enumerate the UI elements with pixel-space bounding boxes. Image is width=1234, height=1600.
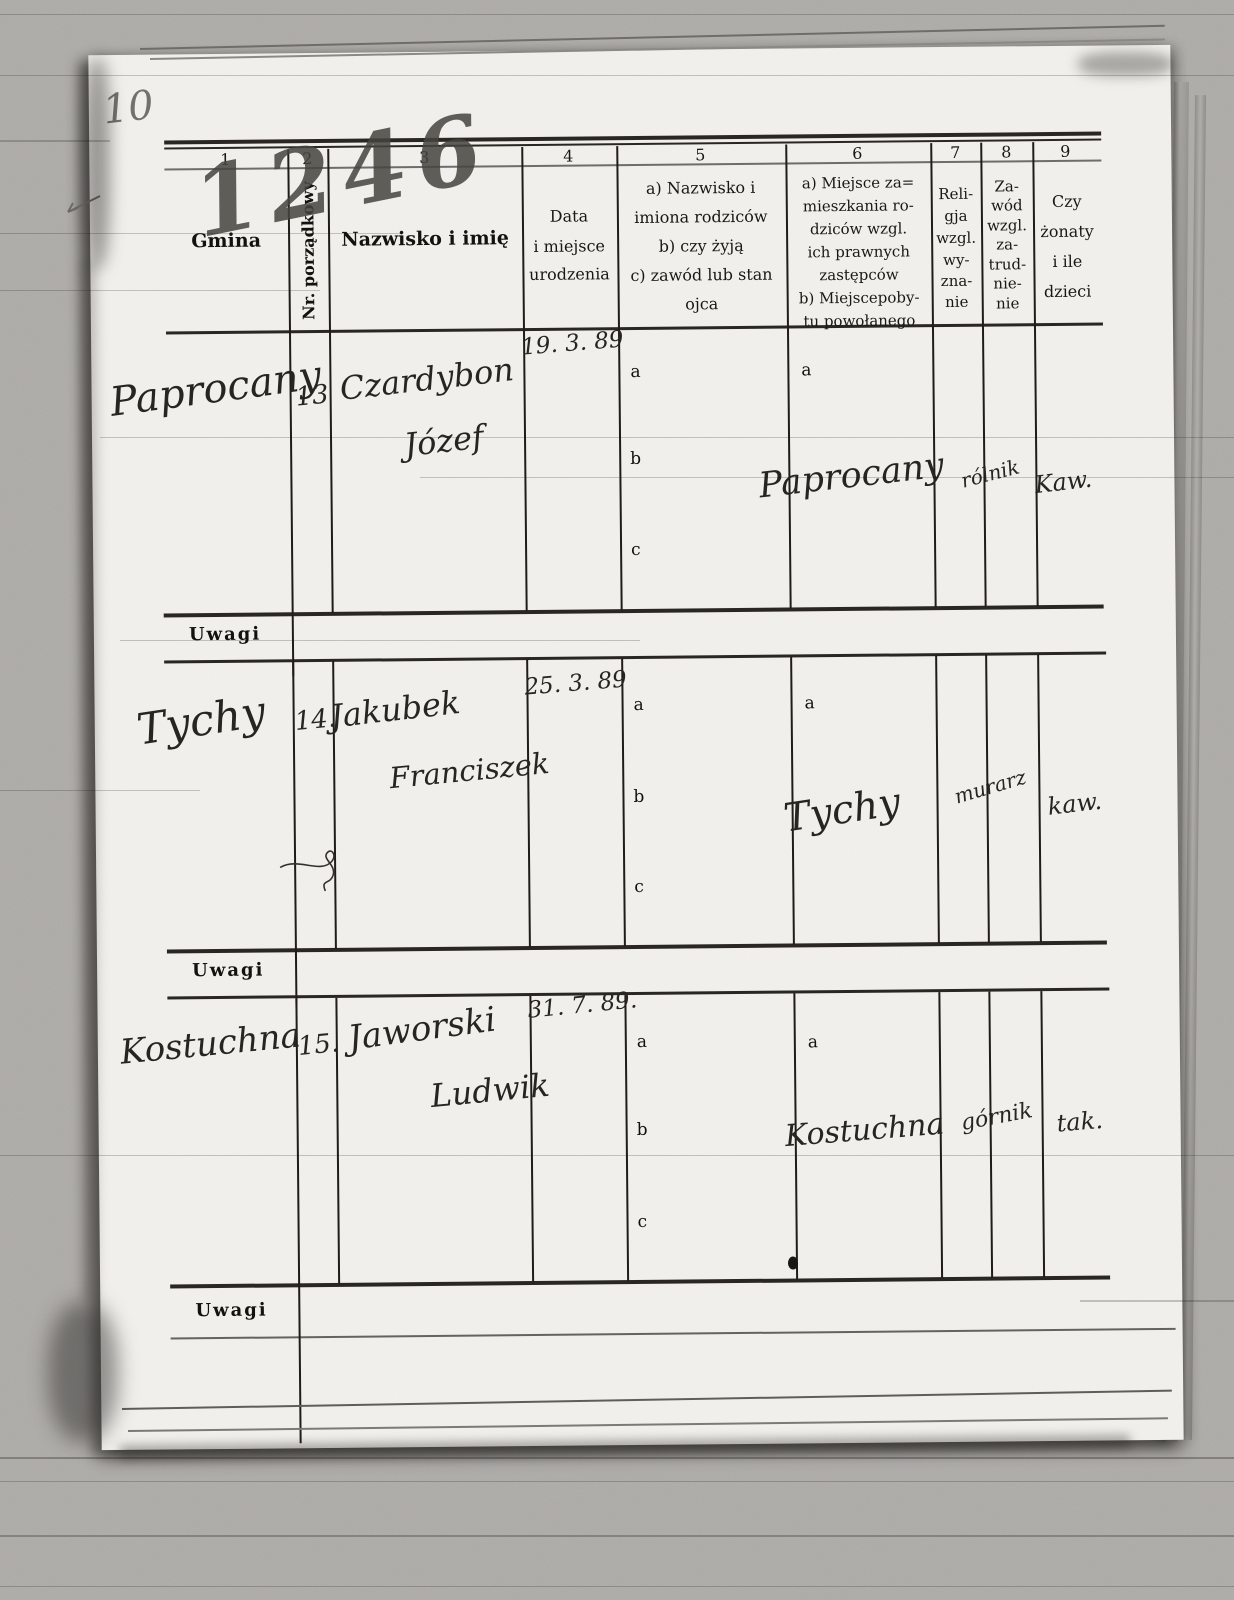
header-col8-line1: Za- (977, 179, 1037, 195)
uwagi3-bottom-rule (171, 1328, 1176, 1340)
scanned-registry-page: 10 (0, 0, 1234, 1600)
col-number-7: 7 (938, 143, 972, 162)
row2-col6-marker-a: a (804, 693, 814, 713)
header-col9-line1: Czy (1027, 193, 1107, 210)
r3-line-7-8 (988, 992, 993, 1278)
paper-sheet: 10 (88, 45, 1183, 1450)
row3-nr-entry: 15. (296, 1028, 340, 1062)
header-col5-line5: ojca (617, 296, 787, 314)
scan-streak (0, 1457, 1234, 1459)
row3-marker-a: a (637, 1032, 647, 1052)
row2-marker-b: b (633, 787, 644, 807)
uwagi-label-3: Uwagi (195, 1300, 267, 1322)
col-number-9: 9 (1048, 142, 1082, 161)
r2-line-8-9 (1037, 654, 1042, 942)
header-col5-line1: a) Nazwisko i (616, 180, 786, 198)
row2-marker-c: c (634, 877, 644, 897)
header-col6-line4: ich prawnych (786, 244, 931, 260)
header-col9-line4: dzieci (1028, 283, 1108, 300)
row1-marker-c: c (631, 540, 641, 560)
header-nazwisko-imie: Nazwisko i imię (335, 227, 515, 251)
header-col5-line4: c) zawód lub stan (616, 267, 786, 285)
col-number-8: 8 (989, 142, 1023, 161)
scan-streak (0, 1586, 1234, 1587)
row3-givenname-entry: Ludwik (429, 1066, 551, 1115)
uwagi2-bottom-border (167, 987, 1109, 999)
row2-gmina-entry: Tychy (134, 687, 269, 756)
ink-doodle (278, 839, 354, 900)
row3-occupation-entry: górnik (959, 1098, 1035, 1136)
header-col5-line3: b) czy żyją (616, 238, 786, 256)
scan-streak (0, 1481, 1234, 1482)
header-col6-line1: a) Miejsce za= (786, 175, 931, 191)
scan-streak (0, 14, 1234, 15)
pencil-page-number: 10 (100, 82, 156, 134)
uwagi3-top-border (170, 1275, 1110, 1288)
header-col6-line7: tu powołanego (787, 313, 932, 329)
row3-col6-marker-a: a (808, 1032, 818, 1052)
uwagi1-top-border (164, 605, 1104, 618)
row2-occupation-entry: murarz (951, 765, 1028, 809)
row1-residence-entry: Paprocany (757, 445, 946, 506)
header-col5-line2: imiona rodziców (616, 209, 786, 227)
header-col6-line5: zastępców (786, 267, 931, 283)
r2-line-3-4 (526, 659, 531, 947)
header-col4-line1: Data (519, 208, 619, 225)
col-number-6: 6 (840, 144, 874, 163)
row2-residence-entry: Tychy (781, 780, 903, 842)
row1-marital-entry: Kaw. (1033, 465, 1093, 499)
header-col9-line3: i ile (1027, 253, 1107, 270)
r2-line-6-7 (935, 655, 940, 943)
uwagi2-top-border (167, 940, 1107, 953)
r3-line-8-9 (1040, 991, 1045, 1277)
row3-marital-entry: tak. (1056, 1106, 1104, 1138)
row1-nr-entry: 13 (294, 380, 330, 413)
uwagi3-divider (298, 1283, 302, 1443)
row1-col6-marker-a: a (801, 360, 811, 380)
r3-line-4-5 (624, 995, 629, 1281)
scan-streak (0, 1535, 1234, 1537)
r2-line-1-2 (292, 661, 297, 949)
row1-marker-a: a (630, 362, 640, 382)
header-col4-line2: i miejsce (519, 238, 619, 255)
row2-marker-a: a (633, 695, 643, 715)
row3-gmina-entry: Kostuchna (118, 1015, 302, 1072)
header-col4-line3: urodzenia (519, 266, 619, 283)
uwagi-label-2: Uwagi (192, 960, 264, 982)
page-stack-edge-right-2 (1181, 95, 1206, 1440)
r3-line-3-4 (529, 996, 534, 1282)
header-col6-line6: b) Miejscepoby- (787, 290, 932, 306)
header-col6-line2: mieszkania ro- (786, 198, 931, 214)
col-number-4: 4 (551, 146, 585, 165)
row1-occupation-entry: rólnik (958, 455, 1022, 493)
row2-marital-entry: kaw. (1046, 787, 1103, 821)
row1-surname-entry: Czardybon (338, 350, 516, 408)
col-number-5: 5 (683, 145, 717, 164)
row3-residence-entry: Kostuchna (784, 1107, 946, 1155)
uwagi-label-1: Uwagi (189, 624, 261, 646)
row1-birthdate-entry: 19. 3. 89 (520, 327, 624, 361)
row1-givenname-entry: Józef (402, 417, 486, 464)
row2-birthdate-entry: 25. 3. 89 (524, 667, 628, 701)
uwagi1-bottom-border (164, 651, 1106, 663)
row1-marker-b: b (630, 449, 641, 469)
header-col9-line2: żonaty (1027, 223, 1107, 240)
row3-marker-b: b (637, 1120, 648, 1140)
r2-line-4-5 (621, 658, 626, 946)
row2-surname-entry: Jakubek (328, 683, 462, 736)
row3-surname-entry: Jaworski (346, 999, 499, 1058)
header-col6-line3: dziców wzgl. (786, 221, 931, 237)
row3-marker-c: c (637, 1212, 647, 1232)
